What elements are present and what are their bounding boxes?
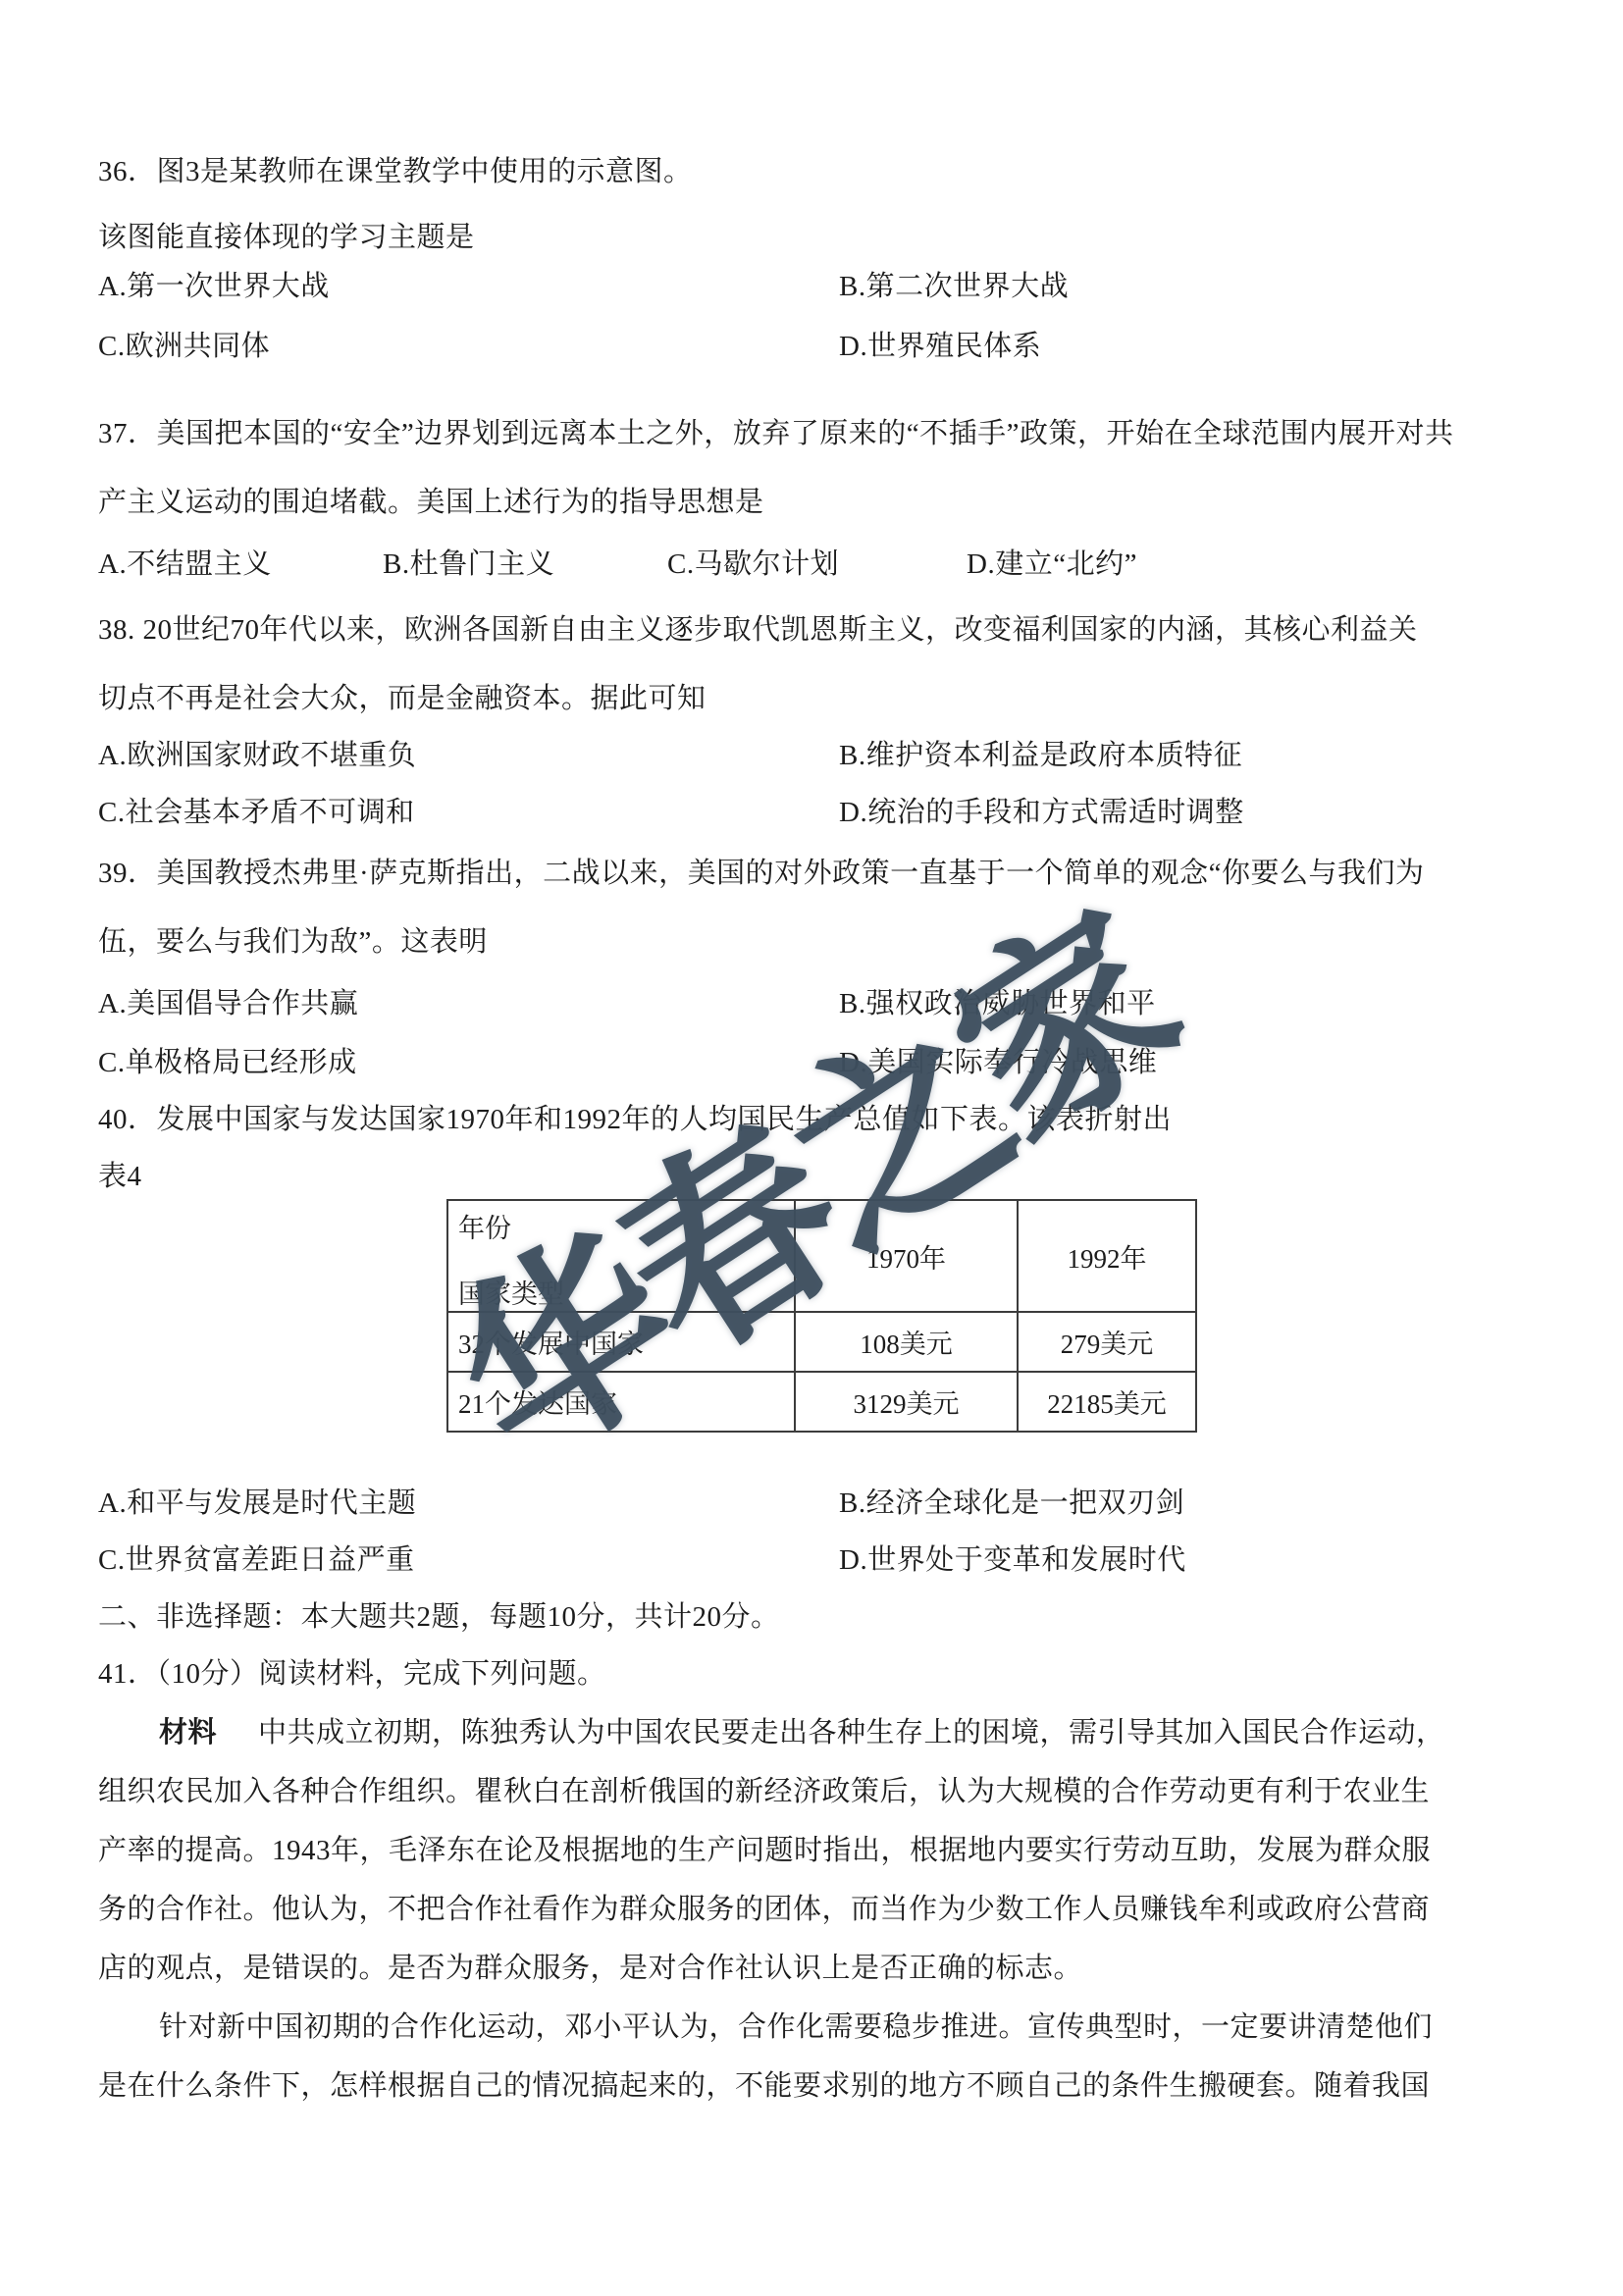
corner-label-year: 年份 <box>458 1207 784 1245</box>
q41-material-line2: 组织农民加入各种合作组织。瞿秋白在剖析俄国的新经济政策后，认为大规模的合作劳动更… <box>98 1772 1430 1811</box>
q39-stem-line2: 伍，要么与我们为敌”。这表明 <box>98 922 488 962</box>
section2-heading: 二、非选择题：本大题共2题，每题10分，共计20分。 <box>98 1597 780 1637</box>
q36-option-a: A.第一次世界大战 <box>98 267 330 306</box>
table-header-row: 年份 国家类型 1970年 1992年 <box>447 1200 1196 1312</box>
row-value-1970: 108美元 <box>795 1312 1018 1372</box>
q41-material-line1: 材料中共成立初期，陈独秀认为中国农民要走出各种生存上的困境，需引导其加入国民合作… <box>98 1713 1445 1752</box>
table-row: 32个发展中国家 108美元 279美元 <box>447 1312 1196 1372</box>
q41-material-line5: 店的观点，是错误的。是否为群众服务，是对合作社认识上是否正确的标志。 <box>98 1949 1082 1988</box>
gnp-per-capita-table: 年份 国家类型 1970年 1992年 32个发展中国家 108美元 279美元… <box>446 1199 1197 1433</box>
row-value-1992: 279美元 <box>1018 1312 1196 1372</box>
q41-material-line4: 务的合作社。他认为，不把合作社看作为群众服务的团体，而当作为少数工作人员赚钱牟利… <box>98 1890 1430 1929</box>
row-value-1992: 22185美元 <box>1018 1372 1196 1432</box>
q37-option-c: C.马歇尔计划 <box>667 545 839 584</box>
watermark-huachun-zhijia: 华春之家 <box>319 796 1286 1552</box>
q38-option-b: B.维护资本利益是政府本质特征 <box>839 736 1242 775</box>
q41-material2-line2: 是在什么条件下，怎样根据自己的情况搞起来的，不能要求别的地方不顾自己的条件生搬硬… <box>98 2066 1430 2106</box>
q41-title: 41．（10分）阅读材料，完成下列问题。 <box>98 1654 606 1694</box>
q37-stem-line2: 产主义运动的围迫堵截。美国上述行为的指导思想是 <box>98 483 764 522</box>
exam-paper-page: 36．图3是某教师在课堂教学中使用的示意图。 该图能直接体现的学习主题是 A.第… <box>0 0 1623 2296</box>
q36-option-b: B.第二次世界大战 <box>839 267 1069 306</box>
q37-option-d: D.建立“北约” <box>967 545 1137 584</box>
q39-option-a: A.美国倡导合作共赢 <box>98 984 358 1023</box>
material-label: 材料 <box>159 1717 217 1748</box>
q36-stem-line2: 该图能直接体现的学习主题是 <box>98 218 475 257</box>
q38-option-d: D.统治的手段和方式需适时调整 <box>839 793 1244 832</box>
q41-material2-line1: 针对新中国初期的合作化运动，邓小平认为，合作化需要稳步推进。宣传典型时，一定要讲… <box>98 2008 1433 2047</box>
q37-stem-line1: 37．美国把本国的“安全”边界划到远离本土之外，放弃了原来的“不插手”政策，开始… <box>98 414 1454 453</box>
corner-label-country-type: 国家类型 <box>458 1273 784 1311</box>
header-1992: 1992年 <box>1018 1200 1196 1312</box>
q38-option-a: A.欧洲国家财政不堪重负 <box>98 736 416 775</box>
material-text: 中共成立初期，陈独秀认为中国农民要走出各种生存上的困境，需引导其加入国民合作运动… <box>258 1717 1445 1748</box>
q40-option-c: C.世界贫富差距日益严重 <box>98 1540 415 1580</box>
row-type: 21个发达国家 <box>447 1372 795 1432</box>
q40-option-b: B.经济全球化是一把双刃剑 <box>839 1484 1184 1523</box>
table-row: 21个发达国家 3129美元 22185美元 <box>447 1372 1196 1432</box>
q36-stem-line1: 36．图3是某教师在课堂教学中使用的示意图。 <box>98 152 693 191</box>
row-type: 32个发展中国家 <box>447 1312 795 1372</box>
q37-option-b: B.杜鲁门主义 <box>383 545 554 584</box>
q40-option-a: A.和平与发展是时代主题 <box>98 1484 416 1523</box>
q39-option-c: C.单极格局已经形成 <box>98 1043 357 1082</box>
q40-table-label: 表4 <box>98 1157 142 1196</box>
q37-option-a: A.不结盟主义 <box>98 545 272 584</box>
q40-stem-line1: 40．发展中国家与发达国家1970年和1992年的人均国民生产总值如下表。该表折… <box>98 1100 1172 1139</box>
q39-option-b: B.强权政治威胁世界和平 <box>839 984 1156 1023</box>
q36-option-c: C.欧洲共同体 <box>98 327 270 366</box>
q39-option-d: D.美国实际奉行冷战思维 <box>839 1043 1157 1082</box>
q38-stem-line2: 切点不再是社会大众，而是金融资本。据此可知 <box>98 679 707 718</box>
q38-stem-line1: 38. 20世纪70年代以来，欧洲各国新自由主义逐步取代凯恩斯主义，改变福利国家… <box>98 610 1418 650</box>
header-1970: 1970年 <box>795 1200 1018 1312</box>
q39-stem-line1: 39．美国教授杰弗里·萨克斯指出，二战以来，美国的对外政策一直基于一个简单的观念… <box>98 854 1425 893</box>
row-value-1970: 3129美元 <box>795 1372 1018 1432</box>
table-corner-cell: 年份 国家类型 <box>447 1200 795 1312</box>
q38-option-c: C.社会基本矛盾不可调和 <box>98 793 415 832</box>
q41-material-line3: 产率的提高。1943年，毛泽东在论及根据地的生产问题时指出，根据地内要实行劳动互… <box>98 1831 1431 1870</box>
q36-option-d: D.世界殖民体系 <box>839 327 1041 366</box>
q40-option-d: D.世界处于变革和发展时代 <box>839 1540 1186 1580</box>
